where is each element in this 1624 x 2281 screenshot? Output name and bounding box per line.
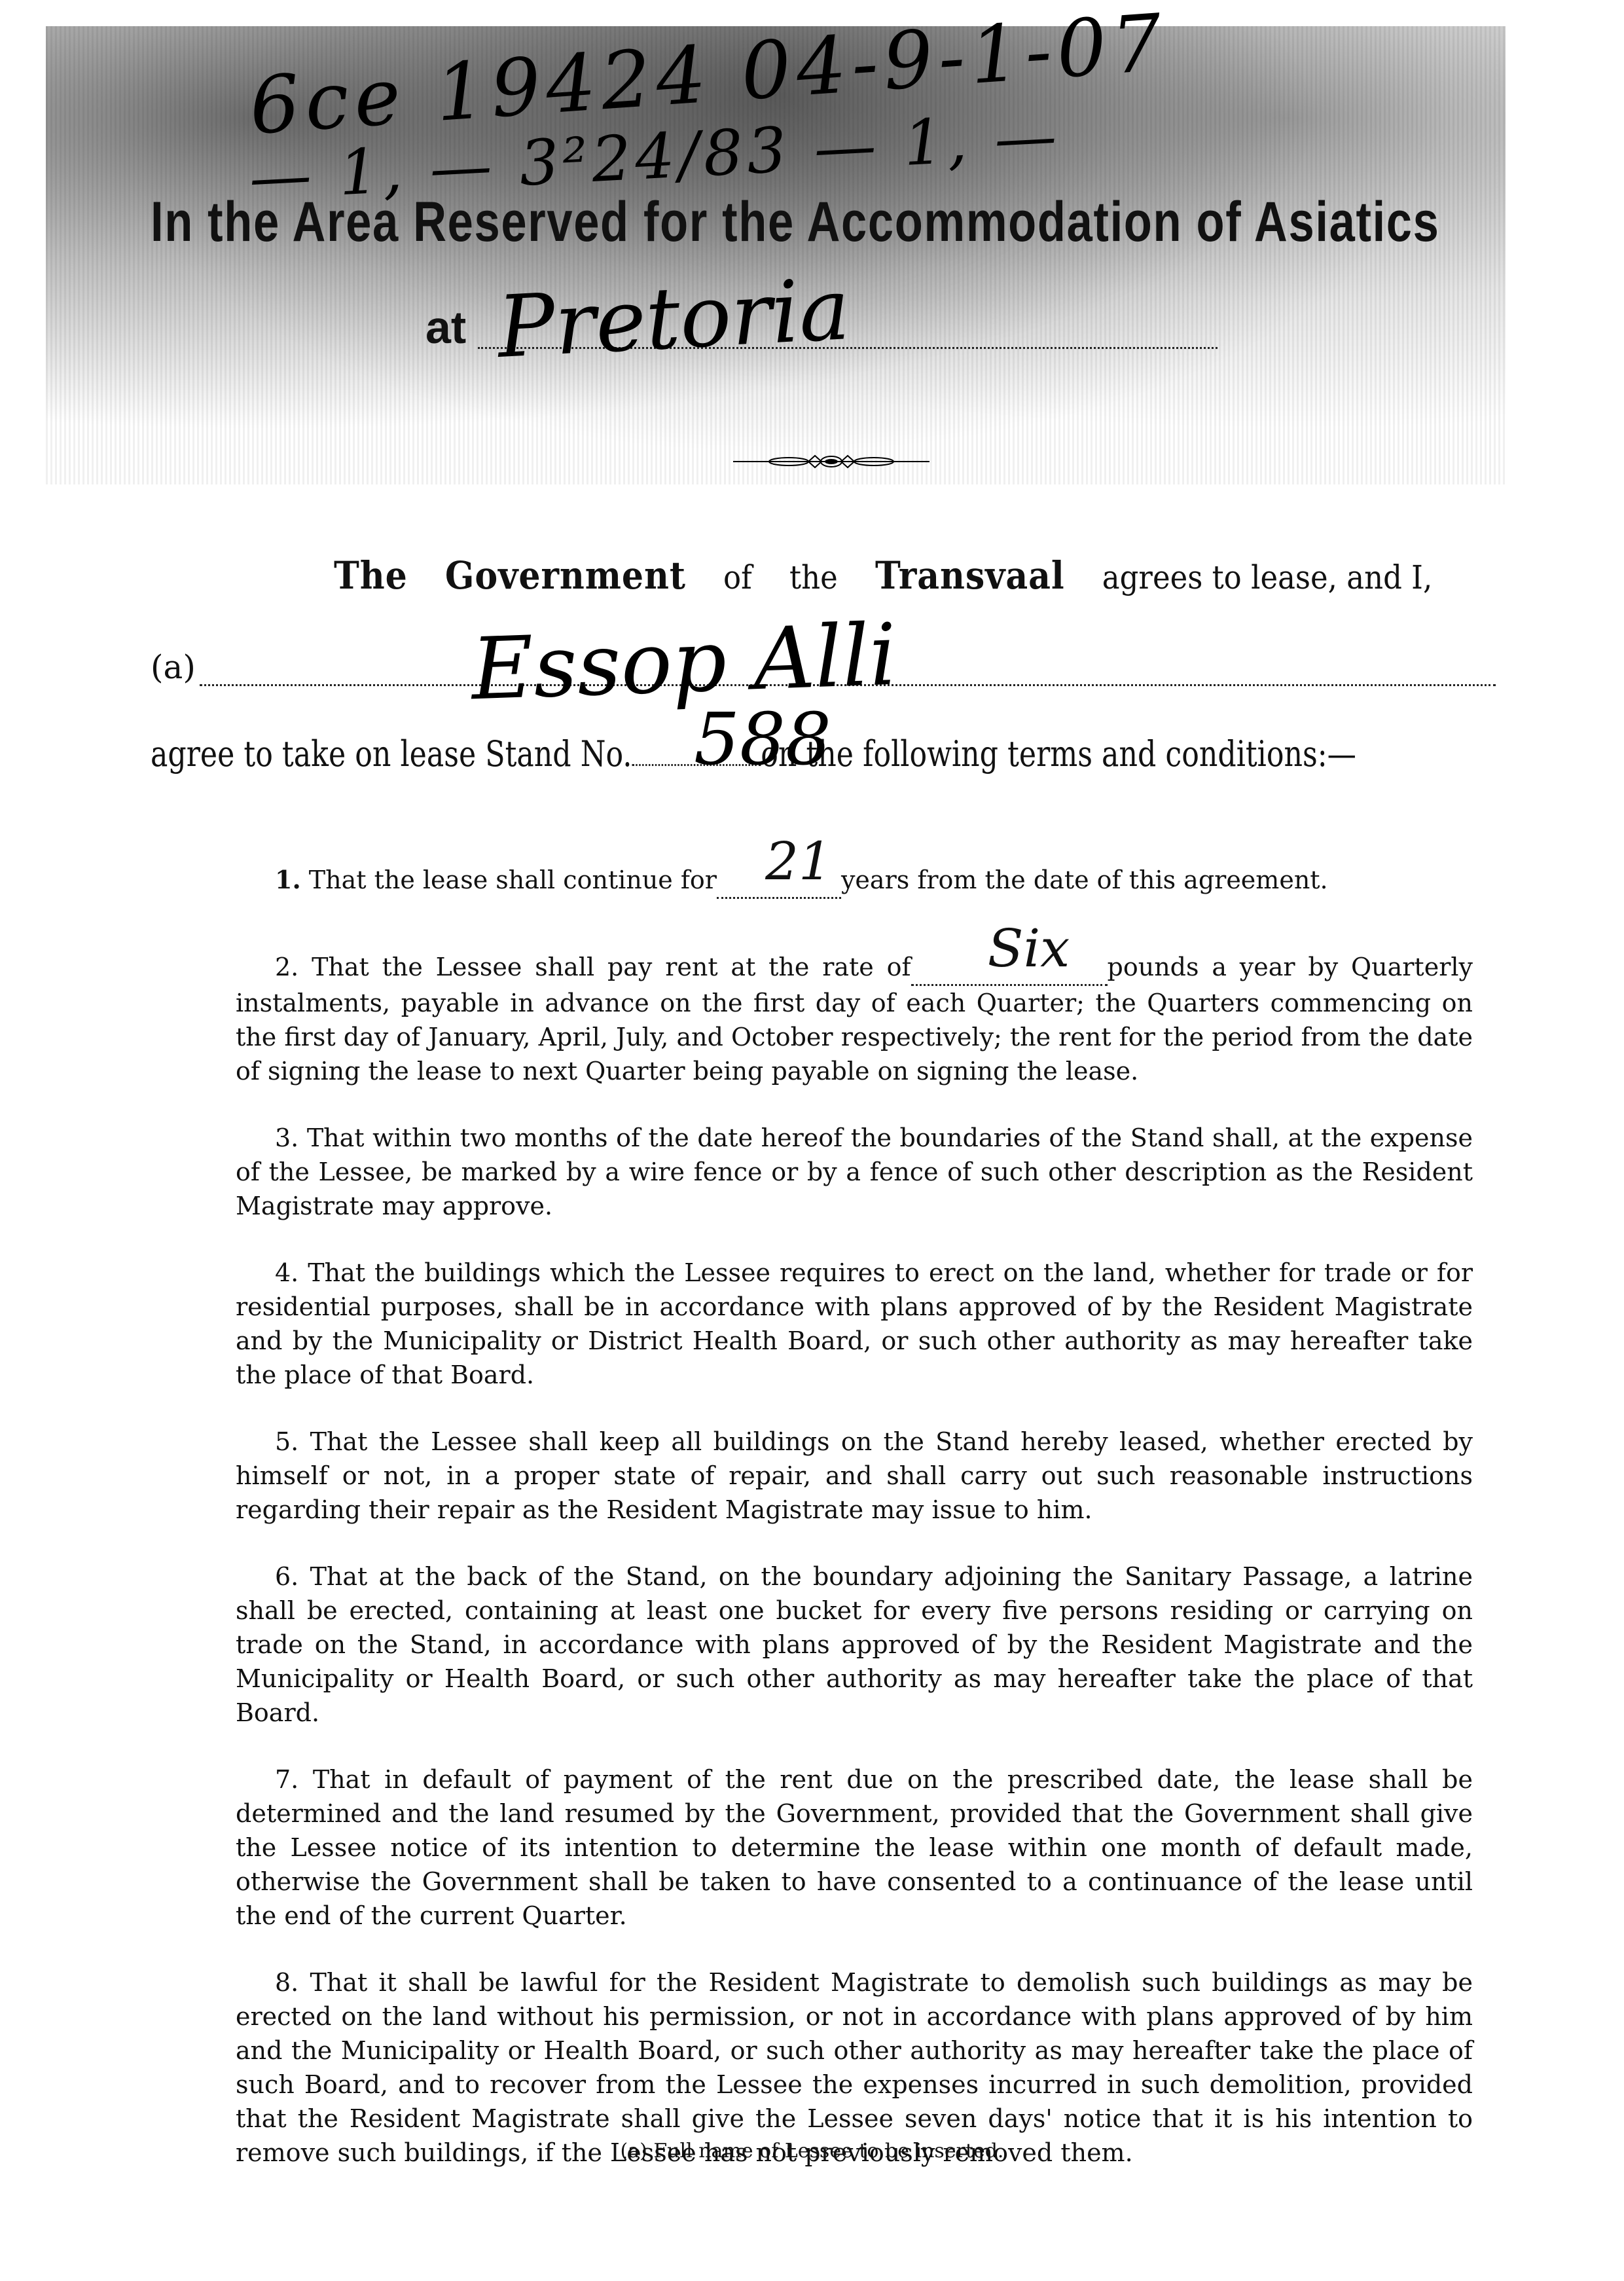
clause-4: 4. That the buildings which the Lessee r… [236,1256,1473,1392]
stand-prefix: agree to take on lease Stand No. [151,733,632,775]
intro-of: of [723,558,752,596]
clause-6: 6. That at the back of the Stand, on the… [236,1560,1473,1730]
location-handwritten-value: Pretoria [495,259,852,377]
lessee-marker: (a) [151,648,196,686]
clause-7: 7. That in default of payment of the ren… [236,1762,1473,1933]
intro-transvaal: Transvaal [875,553,1065,598]
clause-5: 5. That the Lessee shall keep all buildi… [236,1425,1473,1527]
document-page: 6ce 19424 04-9-1-07 — 1, — 3²24/83 — 1, … [0,0,1624,2281]
terms-and-conditions: 1. That the lease shall continue for21ye… [236,845,1473,2202]
clause-3: 3. That within two months of the date he… [236,1121,1473,1223]
intro-government: Government [445,553,686,598]
clause-2: 2. That the Lessee shall pay rent at the… [236,932,1473,1088]
lease-term-handwritten: 21 [765,831,832,892]
intro-the: The [334,553,408,598]
rent-amount-field: Six [911,932,1108,986]
stand-suffix: on the following terms and conditions:— [761,733,1356,775]
intro-rest: agrees to lease, and I, [1102,558,1432,596]
ornamental-divider-icon [733,452,929,471]
footnote: (a) Full name of Lessee to be inserted. [0,2140,1624,2162]
stand-number-handwritten: 588 [694,697,831,781]
intro-the-2: the [789,558,838,596]
clause-1: 1. That the lease shall continue for21ye… [236,845,1473,899]
rent-amount-handwritten: Six [988,918,1070,979]
location-label: at [425,301,466,354]
document-title: In the Area Reserved for the Accommodati… [151,190,1246,255]
intro-sentence: The Government of the Transvaal agrees t… [334,553,1432,598]
lease-term-field: 21 [717,845,841,899]
clause-number: 1. [275,865,301,894]
lessee-name-handwritten: Essop Alli [470,605,899,720]
clause-number: 2. [275,953,298,981]
